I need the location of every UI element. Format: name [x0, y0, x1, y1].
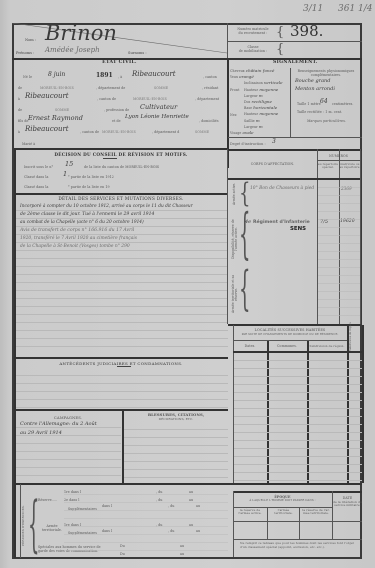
- sig-label: Cheveux: [230, 69, 245, 73]
- classe-label: Classe de mobilisation :: [229, 45, 277, 53]
- nez-label: Nez: [230, 113, 237, 117]
- residence-canton-value: MOREUIL-EN-BOIS: [133, 97, 167, 101]
- taille-unit: centimètres.: [332, 102, 353, 106]
- sig-value: m: [259, 124, 263, 129]
- signalement-title: SIGNALEMENT.: [273, 60, 318, 65]
- father-value: Ernest Raymond: [28, 114, 83, 122]
- birthplace-value: Ribeaucourt: [132, 70, 176, 78]
- localites-title-bottom: [233, 340, 347, 341]
- renseignements-2: Menton arrondi: [295, 86, 335, 92]
- antecedents-top: [14, 357, 228, 359]
- corps-title: CORPS D'AFFECTATION.: [228, 162, 317, 166]
- detail-title: DÉTAIL DES SERVICES ET MUTATIONS DIVERSE…: [14, 196, 228, 201]
- sig-value: horizontale: [253, 105, 277, 110]
- corps-col-divider-3: [360, 149, 361, 324]
- disponibilite-label: Disponibilité, réserve de l'armée active…: [232, 215, 239, 263]
- sig-label: Hauteur: [244, 112, 258, 116]
- sig-value: m: [259, 93, 263, 98]
- prenoms-label: Prénoms :: [16, 51, 34, 55]
- surnoms-label: Surnoms :: [128, 51, 147, 55]
- et-de-label: et de: [112, 119, 121, 123]
- residence-dept-value: SOMME: [55, 108, 69, 112]
- parents-dept-value: SOMME: [195, 130, 209, 134]
- sig-label: Largeur: [244, 94, 258, 98]
- periodes-top: [14, 483, 362, 485]
- dept-label: , département de: [96, 86, 125, 90]
- matricule-label-line2: du recrutement :: [229, 31, 277, 35]
- prenoms-value: Amédée Joseph: [45, 46, 100, 54]
- numeros-subline: [317, 160, 360, 161]
- decision-underbar: [103, 158, 117, 159]
- sig-label: Saillie: [244, 119, 255, 123]
- classe2-label: Classé dans la: [24, 185, 49, 189]
- classe-label-line2: de mobilisation :: [229, 49, 277, 53]
- campagnes-line-1: Contre l'Allemagne: du 2 Août: [20, 421, 97, 427]
- taille-value: 64: [320, 98, 328, 105]
- corps-left-border: [227, 149, 228, 324]
- detail-ruled-area: [16, 203, 228, 353]
- sig-value: m: [256, 118, 260, 123]
- signalement-bottom: [228, 137, 362, 138]
- residence-dept-label: , département: [195, 97, 219, 101]
- sig-value: châtain foncé: [246, 68, 275, 73]
- parents-canton-value: MOREUIL-EN-BOIS: [102, 130, 136, 134]
- numeros-title: NUMÉROS: [317, 154, 360, 158]
- parents-a-label: à: [18, 130, 20, 134]
- residant-label: , résidant: [202, 86, 218, 90]
- matricule-label: Numéro matricule du recrutement :: [229, 27, 277, 35]
- nom-label: Nom :: [25, 38, 36, 42]
- marques-label: Marques particulières.: [307, 119, 346, 123]
- classe-brace: {: [276, 42, 284, 57]
- periodes-side-label: PÉRIODES D'EXERCICES.: [21, 500, 25, 552]
- instruction-label: Degré d'instruction :: [230, 142, 266, 146]
- a-label: , à: [118, 75, 122, 79]
- armee-active-label: Armée active.: [232, 182, 236, 206]
- nom-value: Brinon: [45, 21, 117, 45]
- inscrit-label: Inscrit sous le n°: [24, 165, 53, 169]
- epoque-top: [233, 491, 362, 493]
- residence-canton-label: , canton de: [97, 97, 116, 101]
- detail-line-6: de la Chapelle à St-Benoit (Vosges) tomb…: [20, 244, 130, 249]
- inscrit-suffix: de la liste du canton de MOREUIL-EN-BOIS: [84, 165, 159, 169]
- detail-line-3: au combat de la Chapelle (acte n° 6 du 2…: [20, 220, 144, 225]
- registre-matricule-page: 3/11 361 1/4 Nom : Brinon Prénoms : Améd…: [0, 0, 375, 568]
- mother-value: Lyon Léonie Henriette: [125, 114, 189, 120]
- sig-value: ovale: [242, 130, 253, 135]
- residence-a-label: à: [18, 97, 20, 101]
- sig-value: verticale: [264, 80, 283, 85]
- col-repertoire: matricule ou au répertoire.: [339, 163, 361, 170]
- detail-line-2: de 2ème classe le dit jour. Tué à l'enne…: [20, 212, 154, 217]
- dept-value: SOMME: [154, 86, 168, 90]
- marie-label: Marié à: [22, 142, 35, 146]
- header-hline: [227, 41, 362, 42]
- taille-label: Taille 1 mètre: [297, 102, 321, 106]
- classe1-value: 1: [63, 170, 67, 178]
- instruction-value: 3: [272, 138, 276, 145]
- sig-value: moyenne: [259, 111, 278, 116]
- epoque-note: Ne remplir ce tableau que pour les homme…: [240, 542, 358, 549]
- territoriale-label: Armée territoriale et sa réserve.: [232, 272, 239, 316]
- armee-active-value: 10° Bon de Chasseurs à pied: [250, 186, 314, 191]
- localites-right: [362, 325, 364, 483]
- signalement-divider: [290, 68, 291, 137]
- stamp-sens: SENS: [290, 226, 306, 232]
- col-subdivision: Subdivision de région.: [307, 344, 347, 348]
- col-communes: Communes.: [267, 344, 307, 348]
- armee-territoriale-label: Armée territoriale.: [38, 525, 66, 532]
- parents-dept-label: , département d: [152, 130, 179, 134]
- residence-de-label: de: [18, 108, 22, 112]
- sig-value: rectiligne: [252, 99, 272, 104]
- inscrit-value: 15: [65, 160, 73, 168]
- sig-value: orangé: [239, 74, 254, 79]
- domicilies-label: , domiciliés: [199, 119, 219, 123]
- taille-rectifiee: Taille rectifiée : 1 m. cent.: [297, 110, 342, 114]
- detail-line-1: Incorporé à compter du 10 octobre 1912, …: [20, 204, 193, 209]
- stamp-prefix: 4e: [245, 219, 251, 225]
- ne-le-label: Né le: [23, 75, 32, 79]
- campagnes-line-2: au 29 Avril 1914: [20, 430, 62, 436]
- parents-canton-label: , canton de: [80, 130, 99, 134]
- birth-year: 1891: [96, 72, 113, 79]
- sig-label: Inclinaison: [244, 81, 263, 85]
- etat-civil-title: ÉTAT CIVIL.: [12, 60, 227, 65]
- decision-title: DÉCISION DU CONSEIL DE RÉVISION ET MOTIF…: [14, 152, 228, 157]
- sig-label: Base: [244, 106, 252, 110]
- date-subtitle: de la libération du service militaire.: [333, 501, 362, 508]
- periodes-ruled-area: [64, 487, 228, 557]
- epoque-col2: l'armée territoriale.: [268, 509, 299, 516]
- canton-value: MOREUIL-EN-BOIS: [40, 86, 74, 90]
- sig-label: Visage: [230, 131, 241, 135]
- instruction-bottom: [228, 149, 362, 151]
- localites-top: [228, 324, 360, 326]
- ne-le-value: 8 juin: [48, 71, 65, 78]
- blessures-ruled-area: [124, 422, 228, 482]
- stamp-line1: Régiment d'Infanterie: [253, 220, 310, 225]
- renseignements-1: Bouche grand: [295, 78, 330, 84]
- detail-line-4: Avis de transfert de corps n° 166.916 du…: [20, 228, 134, 233]
- sig-label: Hauteur: [244, 88, 258, 92]
- epoque-col3: la réserve de l'ar. mée territoriale.: [300, 509, 332, 516]
- fils-de-label: fils de: [18, 119, 29, 123]
- localites-ruled-area: [234, 353, 362, 481]
- archive-ref-2: 361 1/4: [338, 4, 373, 14]
- sig-row: Visage ovale: [230, 130, 290, 136]
- sig-label: Dos: [244, 100, 250, 104]
- col-side: Subdivision de région: [349, 327, 352, 351]
- de-label: de: [18, 86, 22, 90]
- detail-top: [14, 193, 228, 195]
- epoque-col1: la réserve de l'armée active.: [234, 509, 266, 516]
- localites-title: LOCALITÉS SUCCESSIVES HABITÉES: [233, 328, 347, 332]
- territoriale-brace: {: [239, 268, 250, 315]
- col-matricule: au répertoire spécial.: [317, 163, 339, 170]
- archive-ref-1: 3/11: [303, 4, 323, 14]
- classe1-suffix: ° partie de la liste en 1912: [68, 175, 114, 179]
- reserve-label: Réserve.....: [38, 498, 57, 502]
- signalement-list: Cheveux châtain foncé Yeux orangé Inclin…: [230, 68, 290, 136]
- classe2-suffix: ° partie de la liste en 19: [68, 185, 110, 189]
- profession-value: Cultivateur: [140, 103, 177, 111]
- epoque-header-bottom: [233, 521, 362, 522]
- detail-line-5: 1920, transféré le 7 Avril 1920 au cimet…: [20, 236, 137, 241]
- epoque-subtitle: À LAQUELLE L'HOMME DOIT PASSER DANS :: [233, 499, 332, 502]
- matricule-value: 398.: [290, 22, 323, 40]
- antecedents-ruled-area: [16, 368, 228, 408]
- stamp-regiment: Régiment d'Infanterie: [253, 220, 310, 225]
- epoque-body-bottom: [233, 539, 362, 540]
- decision-top: [14, 148, 228, 150]
- front-label: Front: [230, 88, 240, 92]
- profession-label: , profession de: [104, 108, 129, 112]
- canton-label: , canton: [203, 75, 217, 79]
- blessures-subtitle: DÉCORATIONS, ETC.: [124, 417, 228, 421]
- parents-place-value: Ribeaucourt: [25, 125, 69, 133]
- localites-subtitle: PAR SUITE DE CHANGEMENTS DE DOMICILE OU …: [233, 333, 347, 336]
- corps-ruled-cols: [318, 180, 360, 323]
- sig-value: moyenne: [259, 87, 278, 92]
- antecedents-underbar: [117, 366, 131, 367]
- sig-label: Largeur: [244, 125, 258, 129]
- sig-label: Yeux: [230, 75, 238, 79]
- col-dates: Dates.: [233, 344, 267, 348]
- renseignements-title: Renseignements physionomiques complément…: [293, 70, 359, 77]
- residence-value: Ribeaucourt: [25, 92, 69, 100]
- campagnes-top: [14, 409, 228, 411]
- classe1-label: Classé dans la: [24, 175, 49, 179]
- matricule-brace: {: [276, 25, 284, 40]
